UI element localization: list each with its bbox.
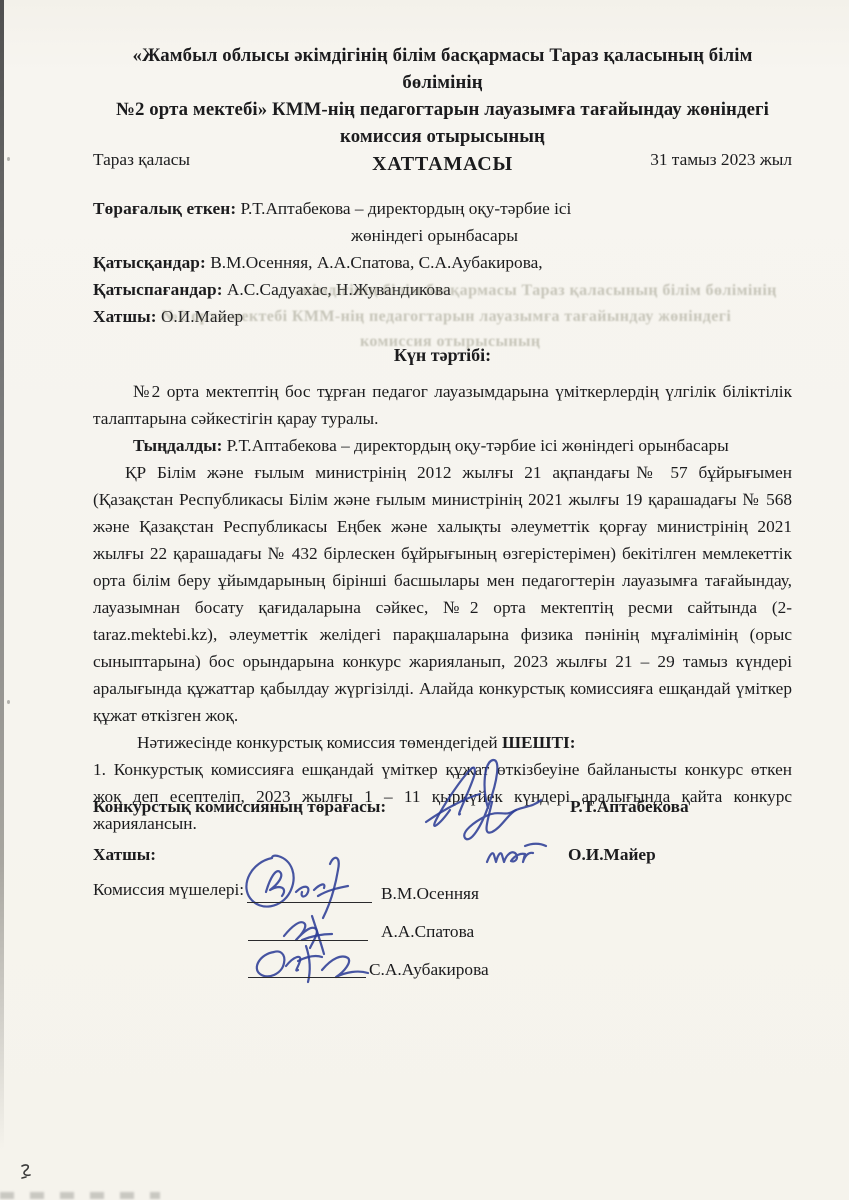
header-line-1: «Жамбыл облысы әкімдігінің білім басқарм… (93, 42, 792, 96)
header-line-2: №2 орта мектебі» КММ-нің педагогтарын ла… (93, 96, 792, 123)
scan-speck (7, 700, 10, 704)
header-line-3: комиссия отырысының (93, 123, 792, 150)
absent-label: Қатыспағандар: (93, 280, 223, 299)
present-row: Қатысқандар: В.М.Осенняя, А.А.Спатова, С… (93, 249, 792, 276)
chairman-signature (420, 750, 545, 850)
chairperson-label: Төрағалық еткен: (93, 199, 236, 218)
secretary-signature-name: О.И.Майер (568, 845, 656, 865)
member3-name: С.А.Аубакирова (369, 960, 489, 980)
agenda-heading: Күн тәртібі: (93, 345, 792, 366)
scan-bottom-smudge (0, 1192, 160, 1199)
main-paragraph: ҚР Білім және ғылым министрінің 2012 жыл… (93, 459, 792, 729)
heard-label: Тыңдалды: (133, 436, 222, 455)
chairperson-value-continuation: жөніндегі орынбасары (93, 222, 792, 249)
scanned-protocol-document: «Жамбыл облысы әкімдігінің білім басқарм… (0, 0, 849, 1200)
commission-chair-name: Р.Т.Аптабекова (570, 797, 689, 817)
scan-edge-artifact (0, 0, 4, 1150)
secretary-label: Хатшы: (93, 307, 157, 326)
member3-signature-line (248, 977, 366, 978)
secretary-signature (483, 838, 549, 868)
place-label: Тараз қаласы (93, 150, 190, 170)
heard-text: Р.Т.Аптабекова – директордың оқу-тәрбие … (227, 436, 729, 455)
chairperson-value: Р.Т.Аптабекова – директордың оқу-тәрбие … (241, 199, 572, 218)
secretary-signature-label: Хатшы: (93, 845, 156, 865)
date-label: 31 тамыз 2023 жыл (650, 150, 792, 170)
heard-paragraph: Тыңдалды: Р.Т.Аптабекова – директордың о… (93, 432, 792, 459)
members-label: Комиссия мүшелері: (93, 880, 244, 900)
commission-chair-label: Конкурстық комиссияның төрағасы: (93, 797, 386, 817)
member3-signature (250, 936, 372, 988)
present-label: Қатысқандар: (93, 253, 206, 272)
present-value: В.М.Осенняя, А.А.Спатова, С.А.Аубакирова… (210, 253, 542, 272)
chairperson-row: Төрағалық еткен: Р.Т.Аптабекова – директ… (93, 195, 792, 222)
agenda-paragraph: №2 орта мектептің бос тұрған педагог лау… (93, 378, 792, 432)
place-date-row: Тараз қаласы 31 тамыз 2023 жыл (93, 150, 792, 170)
bleed-through-line: №2 орта мектебі КММ-нің педагогтарын лау… (162, 308, 731, 326)
bleed-through-line: әкімдігінің білім басқармасы Тараз қалас… (295, 282, 777, 300)
member1-signature-line (247, 902, 372, 903)
stray-pen-mark (19, 1163, 35, 1181)
scan-speck (7, 157, 10, 161)
member1-name: В.М.Осенняя (381, 884, 479, 904)
member2-name: А.А.Спатова (381, 922, 474, 942)
